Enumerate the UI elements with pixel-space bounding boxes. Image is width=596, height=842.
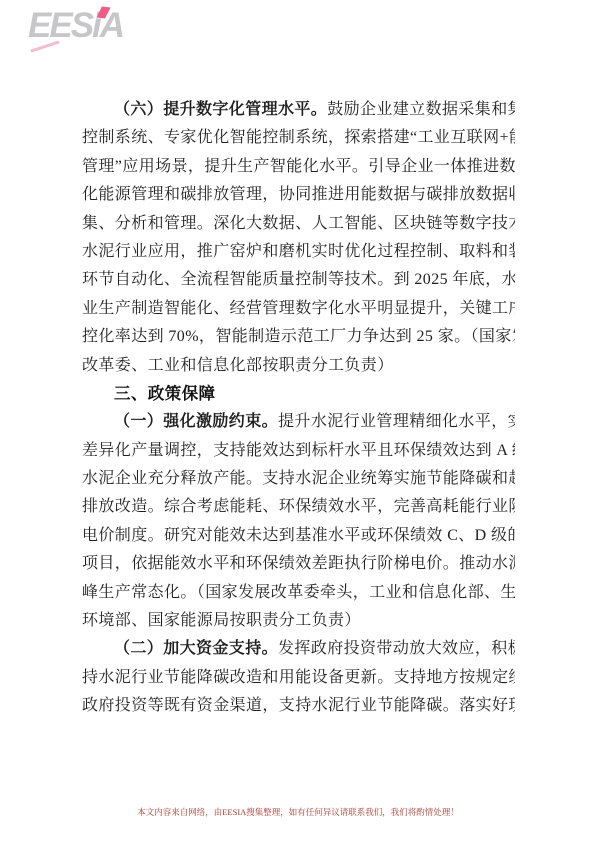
paragraph-1-line: 差异化产量调控，支持能效达到标杆水平且环保绩效达到 A 级的	[82, 437, 515, 465]
paragraph-1-line: （一）强化激励约束。提升水泥行业管理精细化水平，实施	[82, 408, 515, 436]
paragraph-1-line: 环境部、国家能源局按职责分工负责）	[82, 607, 515, 635]
paragraph-1-text: 提升水泥行业管理精细化水平，实施	[278, 413, 515, 430]
paragraph-6-line: （六）提升数字化管理水平。鼓励企业建立数据采集和集散	[82, 96, 515, 124]
paragraph-2-line: （二）加大资金支持。发挥政府投资带动放大效应，积极支	[82, 635, 515, 663]
paragraph-2-lead: （二）加大资金支持。	[114, 640, 278, 657]
paragraph-1-lead: （一）强化激励约束。	[114, 413, 278, 430]
paragraph-1-line: 水泥企业充分释放产能。支持水泥企业统筹实施节能降碳和超低	[82, 465, 515, 493]
paragraph-6-lead: （六）提升数字化管理水平。	[114, 101, 327, 118]
paragraph-6-line: 管理”应用场景，提升生产智能化水平。引导企业一体推进数字	[82, 153, 515, 181]
document-page: EESiA （六）提升数字化管理水平。鼓励企业建立数据采集和集散 控制系统、专家…	[0, 0, 596, 842]
paragraph-2-line: 持水泥行业节能降碳改造和用能设备更新。支持地方按规定统筹	[82, 664, 515, 692]
eesia-logo: EESiA	[28, 6, 158, 52]
paragraph-6-line: 化能源管理和碳排放管理，协同推进用能数据与碳排放数据收	[82, 181, 515, 209]
paragraph-6-text: 鼓励企业建立数据采集和集散	[327, 101, 515, 118]
paragraph-6-line: 改革委、工业和信息化部按职责分工负责）	[82, 352, 515, 380]
section-heading: 三、政策保障	[82, 380, 515, 408]
paragraph-1-line: 电价制度。研究对能效未达到基准水平或环保绩效 C、D 级的水泥	[82, 522, 515, 550]
footer-disclaimer: 本文内容来自网络，由EESIA搜集整理，如有任何异议请联系我们，我们将酌情处理！	[0, 806, 596, 818]
paragraph-6-line: 集、分析和管理。深化大数据、人工智能、区块链等数字技术在	[82, 210, 515, 238]
paragraph-1-line: 排放改造。综合考虑能耗、环保绩效水平，完善高耗能行业阶梯	[82, 493, 515, 521]
paragraph-2-line: 政府投资等既有资金渠道，支持水泥行业节能降碳。落实好现行	[82, 692, 515, 720]
paragraph-6-line: 水泥行业应用，推广窑炉和磨机实时优化过程控制、取料和装卸	[82, 238, 515, 266]
document-body: （六）提升数字化管理水平。鼓励企业建立数据采集和集散 控制系统、专家优化智能控制…	[82, 96, 515, 721]
paragraph-1-line: 项目，依据能效水平和环保绩效差距执行阶梯电价。推动水泥错	[82, 550, 515, 578]
paragraph-1-line: 峰生产常态化。（国家发展改革委牵头，工业和信息化部、生态	[82, 579, 515, 607]
paragraph-6-line: 环节自动化、全流程智能质量控制等技术。到 2025 年底，水泥行	[82, 266, 515, 294]
paragraph-6-line: 业生产制造智能化、经营管理数字化水平明显提升，关键工序数	[82, 295, 515, 323]
paragraph-6-line: 控制系统、专家优化智能控制系统，探索搭建“工业互联网+能效	[82, 124, 515, 152]
paragraph-2-text: 发挥政府投资带动放大效应，积极支	[278, 640, 515, 657]
eesia-logo-text: EESiA	[28, 6, 123, 46]
paragraph-6-line: 控化率达到 70%，智能制造示范工厂力争达到 25 家。（国家发展	[82, 323, 515, 351]
